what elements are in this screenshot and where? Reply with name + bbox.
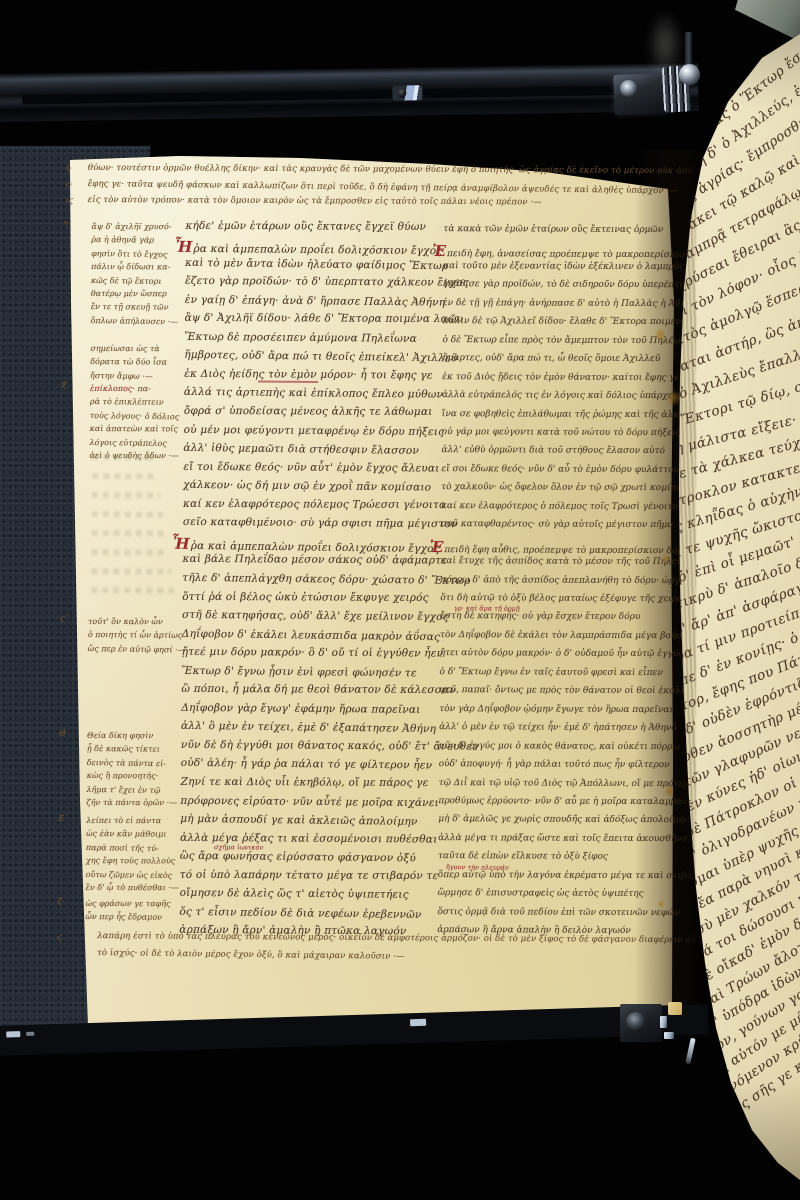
- margin-scholium-line: φησὶν ὅτι τὸ ἔγχος: [91, 249, 167, 259]
- paraphrase-line: ταῦτα δὲ εἰπὼν εἵλκυσε τὸ ὀξὺ ξίφος: [438, 851, 608, 862]
- margin-numeral: ιϛ: [66, 196, 74, 205]
- margin-scholium-line: ὅπλων ἀπήλαυσεν ·—: [90, 316, 178, 326]
- ink-bleedthrough: [92, 473, 157, 480]
- verse-line: ἥμβροτες, οὐδ' ἄρα πώ τι θεοῖς ἐπιείκελ'…: [184, 349, 457, 365]
- verse-line: Ἦῥα καὶ ἀμπεπαλὼν προΐει δολιχόσκιον ἔγχ…: [185, 238, 442, 258]
- margin-scholium-line: ὥς περ ἐν αὐτῷ φησί ·—: [88, 644, 186, 655]
- verse-line: ἕζετο γὰρ προϊδών· τὸ δ' ὑπερπτατο χάλκε…: [185, 275, 469, 289]
- ink-bleedthrough: [92, 492, 160, 499]
- paraphrase-line: ὥρμησε δ' ἐπισυστραφεὶς ὡς ἀετὸς ὑψιπέτη…: [438, 888, 644, 899]
- margin-scholium-line: λῆμα τ' ἔχει ἐν τῷ: [86, 785, 160, 795]
- margin-numeral: ϟ·: [63, 219, 71, 228]
- verse-line: ὅττί ῥά οἱ βέλος ὠκὺ ἐτώσιον ἔκφυγε χειρ…: [182, 590, 429, 603]
- red-interlinear-gloss: γρ· καὶ ἅμα τῇ ὁρμῇ: [454, 605, 520, 614]
- rubric-initial: Ἦ: [172, 535, 190, 553]
- top-scholium-line: ἔφης γε· ταῦτα ψευδῆ φάσκων καὶ καλλωπίζ…: [88, 179, 678, 196]
- ink-bleedthrough: [91, 587, 174, 594]
- margin-scholium-line: Θεία δίκη φησὶν: [87, 731, 153, 740]
- verse-line: Ἕκτωρ δ' ἔγνω ᾗσιν ἐνὶ φρεσὶ φώνησέν τε: [181, 665, 416, 680]
- verse-line: οὐδ' ἀλέη· ἦ γάρ ῥα πάλαι τό γε φίλτερον…: [181, 757, 433, 772]
- verse-line: εἴ τοι ἔδωκε θεός· νῦν αὖτ' ἐμὸν ἔγχος ἄ…: [183, 460, 439, 474]
- verse-line: ἀλλ' ἰθὺς μεμαῶτι διὰ στήθεσφιν ἔλασσον: [183, 442, 419, 457]
- rubric-initial: Ἐ: [430, 538, 444, 556]
- clamped-page-corner: [668, 1002, 682, 1015]
- verse-line: Δηΐφοβον δ' ἐκάλει λευκάσπιδα μακρὸν ἀΰσ…: [182, 627, 440, 642]
- metal-glint: [26, 1032, 34, 1036]
- margin-scholium-line: λείπει τὸ εἰ πάντα: [86, 816, 161, 825]
- margin-numeral: ϛ: [57, 933, 62, 942]
- margin-numeral: ϛ´: [60, 614, 69, 623]
- margin-scholium-line: τοῦτ' ὂν καλὸν ὧν: [88, 617, 163, 626]
- margin-scholium-line: ἐπίκλοπος· πα-: [90, 384, 151, 393]
- verse-line: καὶ βάλε Πηλεΐδαο μέσον σάκος οὐδ' ἀφάμα…: [182, 553, 446, 567]
- metal-glint: [6, 1031, 20, 1037]
- margin-numeral: Ε´: [58, 814, 68, 823]
- verse-line: κήδε' ἐμῶν ἑτάρων οὓς ἔκτανες ἔγχεϊ θύων: [185, 219, 426, 232]
- margin-scholium-line: τοὺς λόγους· ὁ δόλιος: [90, 411, 180, 421]
- margin-scholium-line: θατέρῳ μὲν ὥσπερ: [91, 289, 167, 298]
- ink-bleedthrough: [91, 568, 171, 575]
- margin-scholium-line: ἤστην ἄμφω ·—: [90, 371, 153, 381]
- metal-glint: [410, 1019, 426, 1026]
- paraphrase-line: τὰ κακὰ τῶν ἐμῶν ἑταίρων οὓς ἔκτεινας ὁρ…: [443, 224, 663, 235]
- margin-scholium-line: παρὰ ποσὶ τῆς τύ-: [86, 843, 159, 853]
- margin-scholium-line: λόγοις εὐτράπελος: [89, 438, 166, 448]
- paraphrase-line: ἥμαρτες, οὐδ' ἄρα πώ τι, ὦ θεοῖς ὅμοιε Ἀ…: [442, 353, 660, 364]
- margin-numeral: ζ·: [57, 897, 64, 906]
- ink-bleedthrough: [92, 511, 163, 518]
- margin-scholium-line: σημείωσαι ὡς τὰ: [90, 344, 159, 353]
- verse-line: χάλκεον· ὡς δή μιν σῷ ἐν χροῒ πᾶν κομίσα…: [183, 479, 431, 494]
- verse-line: Ἕκτωρ δὲ προσέειπεν ἀμύμονα Πηλεΐωνα: [184, 331, 417, 345]
- verse-line: ἀλλ' ὃ μὲν ἐν τείχει, ἐμὲ δ' ἐξαπάτησεν …: [181, 720, 436, 735]
- verse-line: στῆ δὲ κατηφήσας, οὐδ' ἄλλ' ἔχε μείλινον…: [182, 609, 449, 623]
- verse-line: καὶ τὸ μὲν ἄντα ἰδὼν ἠλεύατο φαίδιμος Ἕκ…: [185, 256, 448, 271]
- paraphrase-line: ὁ δ' Ἕκτωρ ἔγνω ἐν ταῖς ἑαυτοῦ φρεσὶ καὶ…: [440, 667, 663, 678]
- margin-scholium-line: κὼς ἢ προνοητής·: [87, 771, 159, 780]
- verse-line: πρόφρονες εἰρύατο· νῦν αὖτέ με μοῖρα κιχ…: [180, 794, 439, 808]
- scholium-lemma-red: ἐπίκλοπος·: [90, 384, 137, 393]
- verse-line: τῆλε δ' ἀπεπλάγχθη σάκεος δόρυ· χώσατο δ…: [182, 572, 470, 587]
- margin-scholium-line: ἔν τε τῇ σκευῇ τῶν: [91, 302, 169, 312]
- margin-scholium-line: δεινὸς τὰ πάντα εἰ-: [87, 758, 166, 768]
- ink-bleedthrough: [92, 549, 169, 556]
- margin-scholium-line: κῶς δὲ τῷ ἕκτορι: [91, 276, 162, 286]
- margin-scholium-line: ρὰ τὸ ἐπικλέπτειν: [90, 397, 164, 407]
- manuscript-photo-scene: θύων· τουτέστιν ὁρμῶν θυέλλης δίκην· καὶ…: [0, 0, 800, 1200]
- verse-line: οὐ μέν μοι φεύγοντι μεταφρένῳ ἐν δόρυ πή…: [184, 423, 445, 437]
- verse-line: τό οἱ ὑπὸ λαπάρην τέτατο μέγα τε στιβαρό…: [180, 869, 439, 882]
- margin-numeral: ξ̈: [62, 381, 66, 390]
- margin-scholium-line: ὡς ἐὰν κἂν μάθοιμι: [86, 829, 166, 839]
- verse-line: Ζηνί τε καὶ Διὸς υἷι ἑκηβόλῳ, οἵ με πάρο…: [181, 776, 429, 789]
- margin-scholium-line: ῥα ἡ ἀθηνᾶ γάρ: [91, 235, 154, 245]
- verse-line: μὴ μὰν ἀσπουδί γε καὶ ἀκλειῶς ἀπολοίμην: [180, 813, 417, 828]
- verse-line: ὣς ἄρα φωνήσας εἰρύσσατο φάσγανον ὀξύ: [180, 850, 416, 865]
- margin-scholium-line: ζῆν τὰ πάντα ὁρῶν ·—: [86, 798, 177, 807]
- rubric-initial: Ἦ: [174, 238, 192, 256]
- verse-line: οἴμησεν δὲ ἀλεὶς ὥς τ' αἰετὸς ὑψιπετήεις: [180, 887, 409, 901]
- verse-line: ὅς τ' εἶσιν πεδίον δὲ διὰ νεφέων ἐρεβενν…: [179, 906, 421, 921]
- margin-numeral: ϛ·: [66, 180, 73, 189]
- verse-line: καί κεν ἐλαφρότερος πόλεμος Τρώεσσι γένο…: [183, 498, 446, 511]
- verse-line: νῦν δὲ δὴ ἐγγύθι μοι θάνατος κακός, οὐδ'…: [181, 739, 479, 753]
- verse-line: σεῖο καταφθιμένοιο· σὺ γάρ σφισι πῆμα μέ…: [183, 516, 458, 530]
- margin-scholium-line: δόρατα τὼ δύο ἶσα: [90, 357, 167, 367]
- margin-numeral: Θ̓: [59, 729, 66, 738]
- margin-numeral: ἡ: [66, 164, 71, 173]
- margin-scholium-line: ἓν δ' ᾧ τὸ πυθέσθαι ·—: [86, 883, 179, 892]
- bottom-bracket-screw: [626, 1012, 645, 1031]
- margin-scholium-line: ᾗ δὲ κακῶς τίκτει: [87, 744, 160, 754]
- red-underline-mark: [258, 381, 318, 383]
- bottom-scholium-line: τὸ ἰσχύς· οἱ δὲ τὸ λαιὸν μέρος ἔχον ὀξύ,…: [97, 948, 405, 962]
- margin-scholium-line: ὁ ποιητὴς τί ὧν ἀρτίως: [88, 630, 182, 640]
- margin-scholium-line: ὡς φράσων γε ταφῆς: [86, 899, 171, 908]
- top-scholium-line: εἰς τὸν αὐτὸν τρόπον· κατὰ τὸν ὅμοιον κα…: [88, 195, 542, 207]
- verse-line: ἐν γαίῃ δ' ἐπάγη· ἀνὰ δ' ἥρπασε Παλλὰς Ἀ…: [185, 294, 446, 309]
- margin-scholium-line: ὧν περ ἦς ἔδραμον: [85, 912, 162, 922]
- verse-line: ἂψ δ' Ἀχιλῆϊ δίδου· λάθε δ' Ἕκτορα ποιμέ…: [185, 312, 464, 325]
- verse-line: ἐκ Διὸς ἠείδης τὸν ἐμὸν μόρον· ἦ τοι ἔφη…: [184, 368, 433, 382]
- metal-glint: [660, 1016, 667, 1028]
- verse-line: Δηΐφοβον γὰρ ἔγωγ' ἐφάμην ἥρωα παρεῖναι: [181, 702, 420, 716]
- red-interlinear-gloss: ἤγουν τὴν πλευράν: [446, 863, 509, 872]
- ink-bleedthrough: [92, 530, 166, 537]
- verse-line: ἀλλά τις ἀρτιεπὴς καὶ ἐπίκλοπος ἔπλεο μύ…: [184, 386, 443, 401]
- margin-scholium-line: πάλιν ᾧ δίδωσι κα-: [91, 262, 170, 271]
- red-interlinear-gloss: σχῆμα ἰωνικόν: [214, 843, 264, 851]
- margin-scholium-line: οὕτω ζῶμεν ὡς εἰκὸς: [86, 870, 173, 880]
- verse-line: ᾔτεέ μιν δόρυ μακρόν· ὃ δ' οὔ τί οἱ ἐγγύ…: [182, 646, 444, 660]
- margin-scholium-line: χης ἔφη τοὺς πολλοὺς: [86, 856, 175, 865]
- verse-line: ὢ πόποι, ἦ μάλα δή με θεοὶ θάνατον δὲ κά…: [181, 683, 456, 696]
- margin-scholium-line: καὶ ἀπατεὼν καὶ τοῖς: [90, 424, 178, 433]
- paraphrase-line: ἔστη δὲ κατηφής· οὐ γὰρ ἔσχεν ἕτερον δόρ…: [440, 612, 640, 623]
- verse-line: ὄφρά σ' ὑποδείσας μένεος ἀλκῆς τε λάθωμα…: [184, 405, 433, 418]
- ink-bleedthrough: [92, 454, 154, 461]
- paraphrase-line: ἀλλ' εὐθὺ ὁρμῶντι διὰ τοῦ στήθους ἔλασον…: [441, 445, 664, 456]
- rubric-initial: Ἐ: [432, 242, 446, 260]
- margin-scholium-line: ἂψ δ' ἀχιλῆϊ χρυσό-: [91, 222, 171, 231]
- metal-glint: [664, 1032, 674, 1039]
